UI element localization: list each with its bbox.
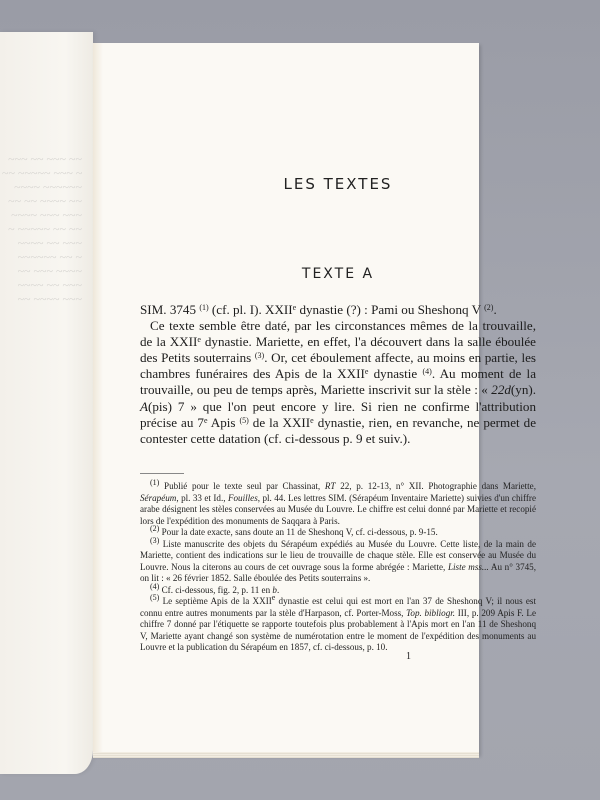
page-number: 1 [406, 651, 411, 662]
footnote-4: (4) Cf. ci-dessous, fig. 2, p. 11 en b. [140, 585, 536, 597]
footnote-ref-1[interactable]: (1) [199, 303, 208, 312]
lead-line: SIM. 3745 (1) (cf. pl. I). XXIIe dynasti… [140, 302, 536, 318]
footnote-ref-3[interactable]: (3) [255, 351, 264, 360]
footnote-2: (2) Pour la date exacte, sans doute an 1… [140, 527, 536, 539]
footnote-5: (5) Le septième Apis de la XXIIe dynasti… [140, 596, 536, 654]
footnote-3: (3) Liste manuscrite des objets du Sérap… [140, 539, 536, 585]
footnotes: (1) Publié pour le texte seul par Chassi… [140, 481, 536, 654]
page-block-edge [93, 752, 479, 758]
chapter-title: LES TEXTES [140, 175, 536, 193]
catalog-reference: SIM. 3745 [140, 302, 196, 317]
body-text: SIM. 3745 (1) (cf. pl. I). XXIIe dynasti… [140, 302, 536, 447]
footnote-ref-5[interactable]: (5) [239, 416, 248, 425]
main-paragraph: Ce texte semble être daté, par les circo… [140, 318, 536, 447]
section-title: TEXTE A [140, 266, 536, 282]
footnote-1: (1) Publié pour le texte seul par Chassi… [140, 481, 536, 527]
left-page: ~~~ ~~ ~~~ ~~~~ ~~~~~ ~~~ ~~~~~ ~~~~~~~~… [0, 32, 93, 774]
footnote-ref-4[interactable]: (4) [422, 367, 431, 376]
left-page-showthrough-text: ~~~ ~~ ~~~ ~~~~ ~~~~~ ~~~ ~~~~~ ~~~~~~~~… [2, 152, 82, 306]
gutter-shadow [93, 43, 103, 755]
footnote-separator [140, 473, 184, 474]
